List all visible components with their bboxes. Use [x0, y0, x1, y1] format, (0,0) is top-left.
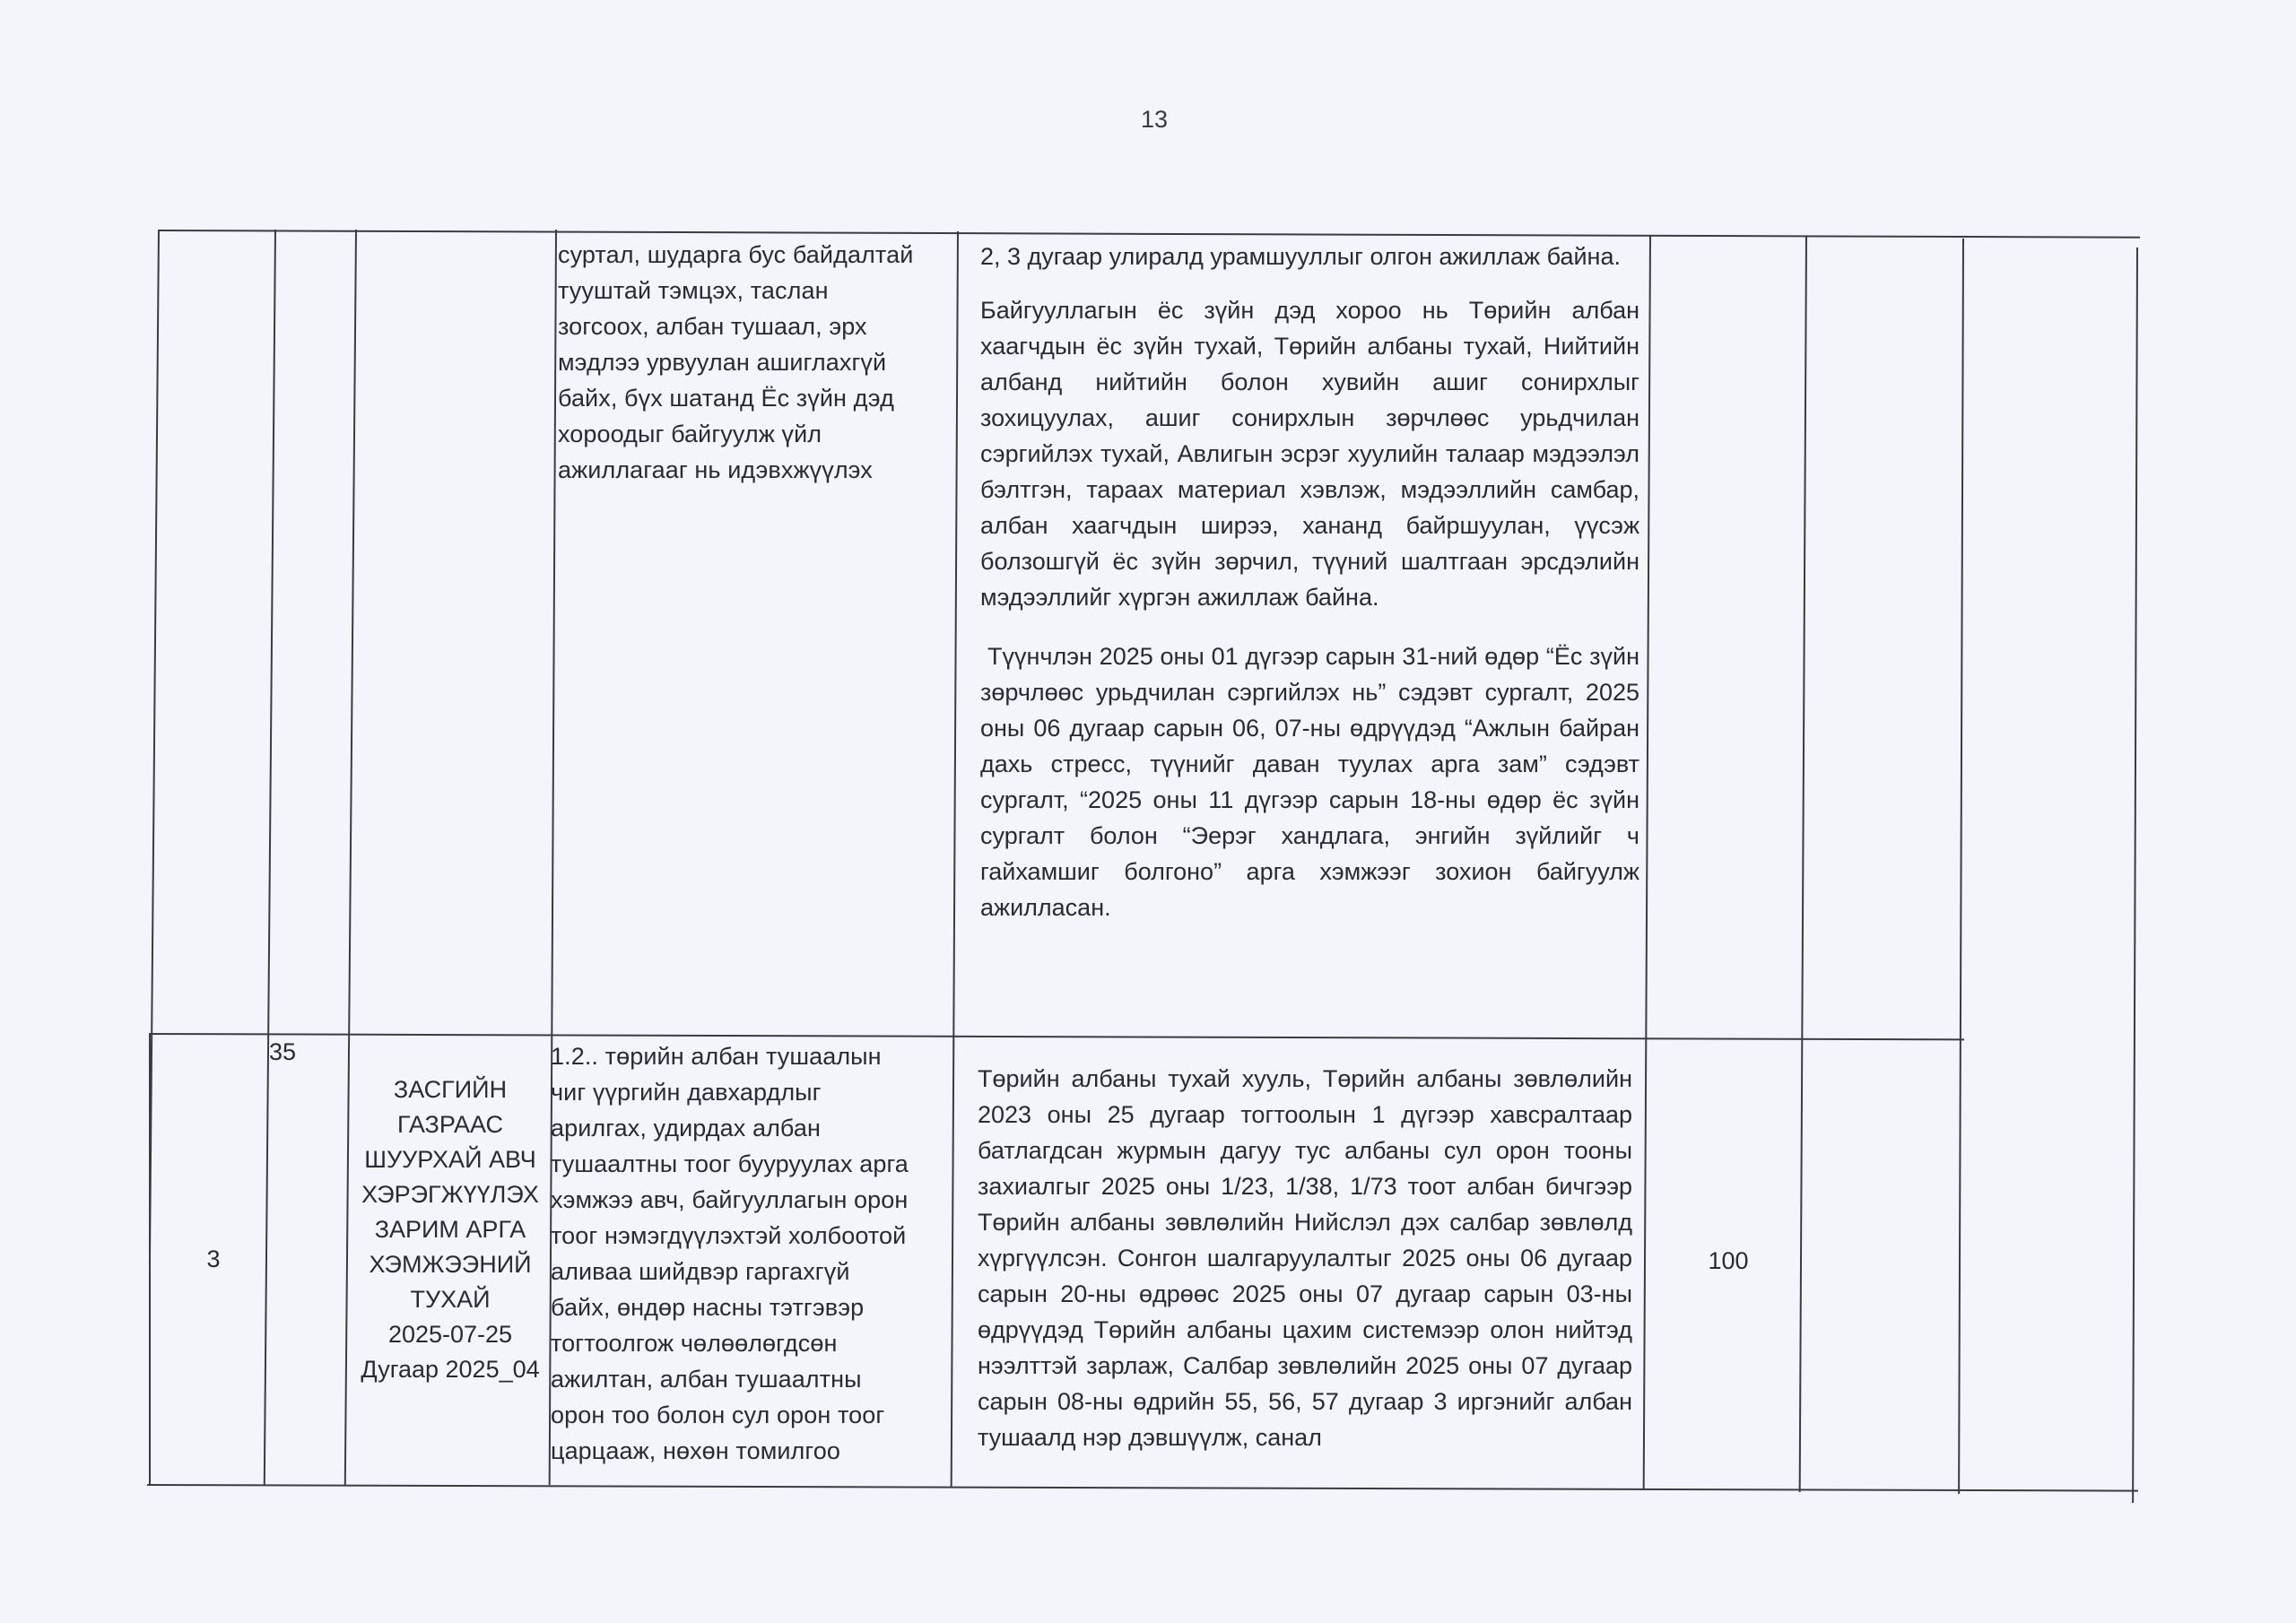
table-top-border [158, 230, 2140, 239]
task-line: байх, бүх шатанд Ёс зүйн дэд [558, 380, 957, 416]
task-line: чиг үүргийн давхардлыг [551, 1074, 959, 1110]
row2-score-cell: 100 [1651, 1037, 1805, 1485]
report-table: суртал, шударга бус байдалтай тууштай тэ… [0, 0, 2296, 1623]
row1-report-cell: 2, 3 дугаар улиралд урамшууллыг олгон аж… [980, 239, 1639, 1028]
task-line: ажиллагааг нь идэвхжүүлэх [558, 452, 957, 488]
task-line: мэдлээ урвуулан ашиглахгүй [558, 344, 957, 380]
decision-line: ШУУРХАЙ АВЧ [364, 1142, 536, 1177]
task-line: хэмжээ авч, байгууллагын орон [551, 1182, 959, 1218]
row2-report-cell: Төрийн албаны тухай хууль, Төрийн албаны… [978, 1061, 1632, 1482]
col-border-5 [1643, 235, 1651, 1490]
row-index: 3 [206, 1241, 220, 1277]
task-line: арилгах, удирдах албан [551, 1110, 959, 1146]
report-paragraph: Байгууллагын ёс зүйн дэд хороо нь Төрийн… [980, 292, 1639, 615]
task-line: байх, өндөр насны тэтгэвэр [551, 1289, 959, 1325]
row2-task-cell: 1.2.. төрийн албан тушаалын чиг үүргийн … [551, 1038, 959, 1483]
row1-task-cell: суртал, шударга бус байдалтай тууштай тэ… [558, 237, 957, 1026]
task-line: аливаа шийдвэр гаргахгүй [551, 1254, 959, 1289]
decision-line: ТУХАЙ [410, 1282, 490, 1317]
decision-line: ХЭМЖЭЭНИЙ [369, 1247, 531, 1282]
shared-last-column-cell [1964, 242, 2136, 1488]
report-paragraph: Төрийн албаны тухай хууль, Төрийн албаны… [978, 1061, 1632, 1455]
decision-line: ЗАСГИЙН [394, 1072, 507, 1107]
decision-line: ХЭРЭГЖҮҮЛЭХ [361, 1177, 539, 1212]
row2-number-cell: 35 [269, 1037, 350, 1090]
task-line: тушаалтны тоог бууруулах арга [551, 1146, 959, 1182]
row-number: 35 [269, 1038, 296, 1065]
task-line: царцааж, нөхөн томилгоо [551, 1433, 959, 1469]
task-line: суртал, шударга бус байдалтай [558, 237, 957, 273]
row2-col7-cell [1807, 1037, 1961, 1485]
task-line: орон тоо болон сул орон тоог [551, 1397, 959, 1433]
decision-number: Дугаар 2025_04 [361, 1352, 539, 1387]
table-bottom-border [147, 1484, 2138, 1492]
task-line: тогтоолгож чөлөөлөгдсөн [551, 1325, 959, 1361]
task-line: 1.2.. төрийн албан тушаалын [551, 1038, 959, 1074]
report-paragraph: Түүнчлэн 2025 оны 01 дүгээр сарын 31-ний… [980, 638, 1639, 925]
row2-decision-cell: ЗАСГИЙН ГАЗРААС ШУУРХАЙ АВЧ ХЭРЭГЖҮҮЛЭХ … [346, 1072, 554, 1413]
decision-line: ГАЗРААС [397, 1107, 503, 1142]
task-line: тоог нэмэгдүүлэхтэй холбоотой [551, 1218, 959, 1254]
task-line: хороодыг байгуулж үйл [558, 416, 957, 452]
report-paragraph: 2, 3 дугаар улиралд урамшууллыг олгон аж… [980, 239, 1639, 274]
decision-line: ЗАРИМ АРГА [375, 1212, 526, 1247]
task-line: ажилтан, албан тушаалтны [551, 1361, 959, 1397]
task-line: зогсоох, албан тушаал, эрх [558, 308, 957, 344]
score-value: 100 [1708, 1243, 1748, 1279]
decision-date: 2025-07-25 [388, 1317, 512, 1352]
task-line: тууштай тэмцэх, таслан [558, 273, 957, 308]
row2-index-cell: 3 [151, 1035, 276, 1483]
